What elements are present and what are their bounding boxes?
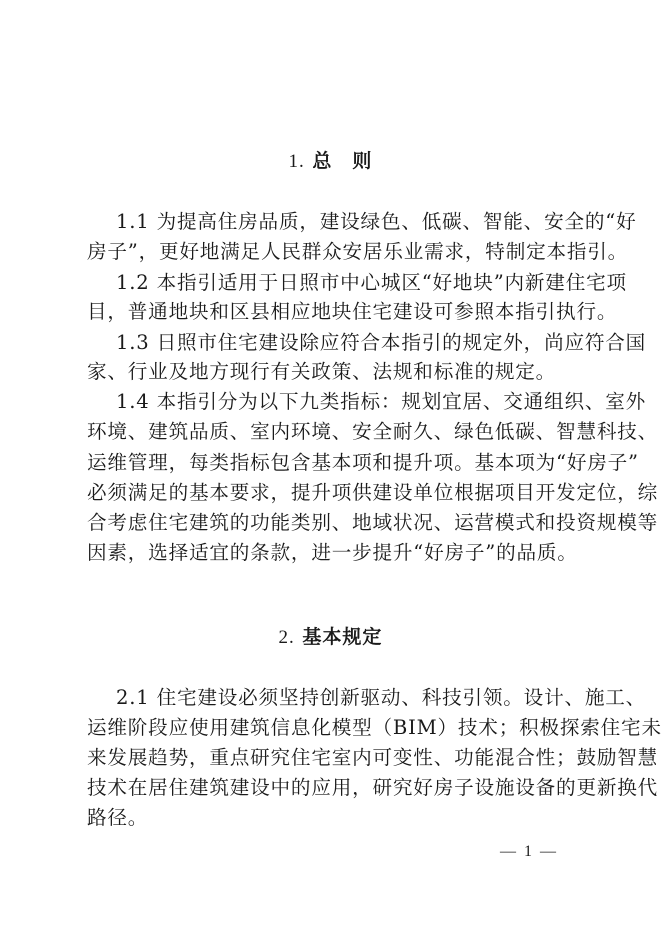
paragraph-line: 1.2 本指引适用于日照市中心城区“好地块”内新建住宅项 (116, 268, 577, 298)
paragraph-line: 2.1 住宅建设必须坚持创新驱动、科技引领。设计、施工、 (116, 683, 577, 713)
paragraph-line: 房子”，更好地满足人民群众安居乐业需求，特制定本指引。 (87, 237, 577, 267)
paragraph-line: 路径。 (87, 803, 577, 833)
section-title: 基本规定 (302, 626, 382, 648)
paragraph-line: 必须满足的基本要求，提升项供建设单位根据项目开发定位，综 (87, 478, 577, 508)
document-page: 1. 总 则 1.1 为提高住房品质，建设绿色、低碳、智能、安全的“好 房子”，… (0, 0, 661, 935)
paragraph-line: 目，普通地块和区县相应地块住宅建设可参照本指引执行。 (87, 297, 577, 327)
section-heading-basic-rules: 2. 基本规定 (0, 622, 661, 649)
paragraph-line: 1.3 日照市住宅建设除应符合本指引的规定外，尚应符合国 (116, 328, 577, 358)
paragraph-line: 家、行业及地方现行有关政策、法规和标准的规定。 (87, 357, 577, 387)
paragraph-line: 因素，选择适宜的条款，进一步提升“好房子”的品质。 (87, 538, 577, 568)
section-number: 1. (289, 151, 305, 172)
paragraph-line: 环境、建筑品质、室内环境、安全耐久、绿色低碳、智慧科技、 (87, 417, 577, 447)
section-number: 2. (279, 627, 295, 648)
paragraph-line: 运维阶段应使用建筑信息化模型（BIM）技术；积极探索住宅未 (87, 713, 577, 743)
page-number: — 1 — (500, 843, 558, 861)
section-heading-general: 1. 总 则 (0, 146, 661, 173)
paragraph-line: 技术在居住建筑建设中的应用，研究好房子设施设备的更新换代 (87, 773, 577, 803)
paragraph-line: 1.1 为提高住房品质，建设绿色、低碳、智能、安全的“好 (116, 207, 577, 237)
paragraph-line: 来发展趋势，重点研究住宅室内可变性、功能混合性；鼓励智慧 (87, 743, 577, 773)
paragraph-line: 合考虑住宅建筑的功能类别、地域状况、运营模式和投资规模等 (87, 508, 577, 538)
section-title: 总 则 (312, 150, 372, 172)
paragraph-line: 运维管理，每类指标包含基本项和提升项。基本项为“好房子” (87, 448, 577, 478)
paragraph-line: 1.4 本指引分为以下九类指标：规划宜居、交通组织、室外 (116, 387, 577, 417)
